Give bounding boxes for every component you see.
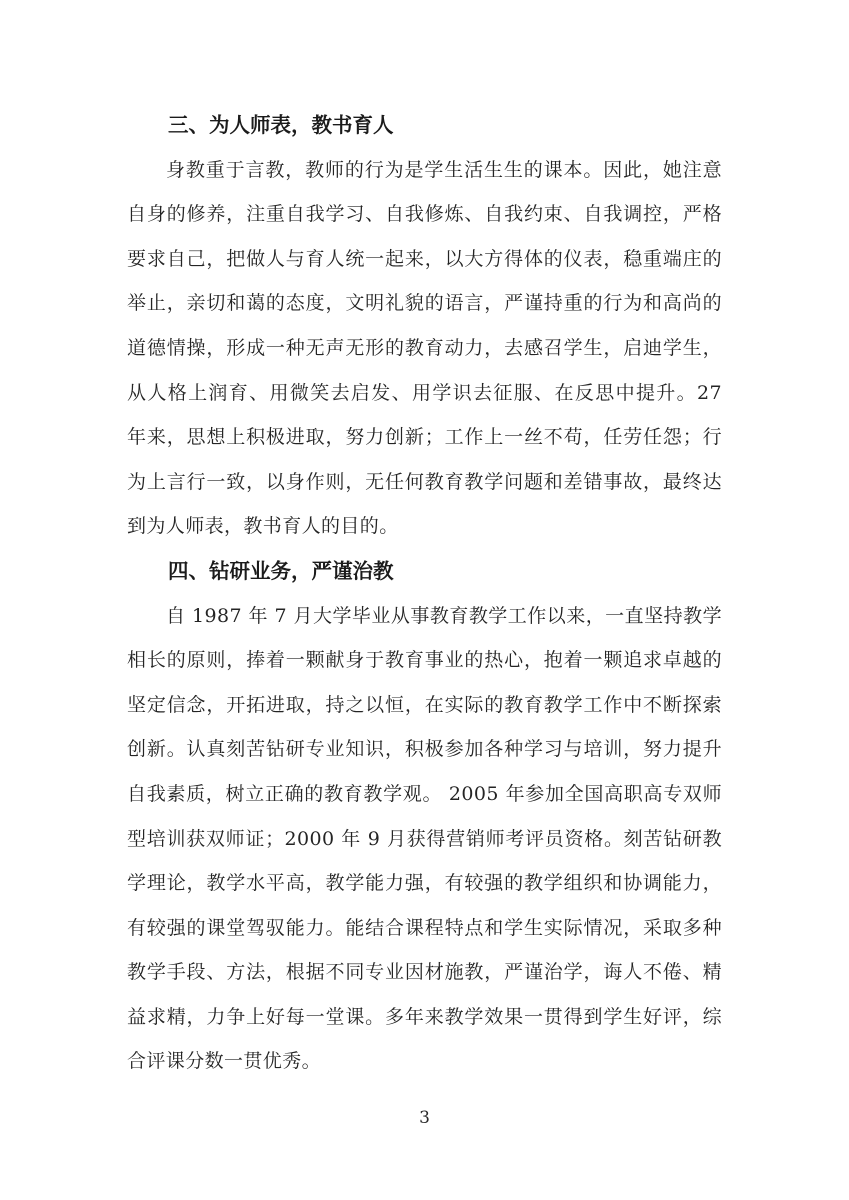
- text-line: 相长的原则，捧着一颗献身于教育事业的热心，抱着一颗追求卓越的: [127, 638, 722, 683]
- text-line: 自 1987 年 7 月大学毕业从事教育教学工作以来，一直坚持教学: [127, 594, 722, 639]
- text-line: 年来，思想上积极进取，努力创新；工作上一丝不苟，任劳任怨；行: [127, 415, 722, 460]
- text-line: 道德情操，形成一种无声无形的教育动力，去感召学生，启迪学生，: [127, 326, 722, 371]
- section-heading: 三、为人师表，教书育人: [127, 103, 722, 148]
- text-line: 身教重于言教，教师的行为是学生活生生的课本。因此，她注意: [127, 148, 722, 193]
- text-line: 自我素质，树立正确的教育教学观。 2005 年参加全国高职高专双师: [127, 772, 722, 817]
- text-line: 坚定信念，开拓进取，持之以恒，在实际的教育教学工作中不断探索: [127, 683, 722, 728]
- text-line: 有较强的课堂驾驭能力。能结合课程特点和学生实际情况，采取多种: [127, 906, 722, 951]
- text-line: 从人格上润育、用微笑去启发、用学识去征服、在反思中提升。27: [127, 371, 722, 416]
- text-line: 举止，亲切和蔼的态度，文明礼貌的语言，严谨持重的行为和高尚的: [127, 281, 722, 326]
- page-number: 3: [0, 1103, 849, 1133]
- document-page: 三、为人师表，教书育人 身教重于言教，教师的行为是学生活生生的课本。因此，她注意…: [0, 0, 849, 1200]
- text-line: 要求自己，把做人与育人统一起来，以大方得体的仪表，稳重端庄的: [127, 237, 722, 282]
- text-line: 为上言行一致，以身作则，无任何教育教学问题和差错事故，最终达: [127, 460, 722, 505]
- text-line: 自身的修养，注重自我学习、自我修炼、自我约束、自我调控，严格: [127, 192, 722, 237]
- section-heading: 四、钻研业务，严谨治教: [127, 549, 722, 594]
- text-line: 型培训获双师证；2000 年 9 月获得营销师考评员资格。刻苦钻研教: [127, 817, 722, 862]
- text-line: 创新。认真刻苦钻研专业知识，积极参加各种学习与培训，努力提升: [127, 727, 722, 772]
- text-line: 合评课分数一贯优秀。: [127, 1039, 722, 1084]
- text-line: 教学手段、方法，根据不同专业因材施教，严谨治学，诲人不倦、精: [127, 950, 722, 995]
- document-body: 三、为人师表，教书育人 身教重于言教，教师的行为是学生活生生的课本。因此，她注意…: [127, 103, 722, 1084]
- text-line: 学理论，教学水平高，教学能力强，有较强的教学组织和协调能力，: [127, 861, 722, 906]
- text-line: 到为人师表，教书育人的目的。: [127, 504, 722, 549]
- text-line: 益求精，力争上好每一堂课。多年来教学效果一贯得到学生好评，综: [127, 995, 722, 1040]
